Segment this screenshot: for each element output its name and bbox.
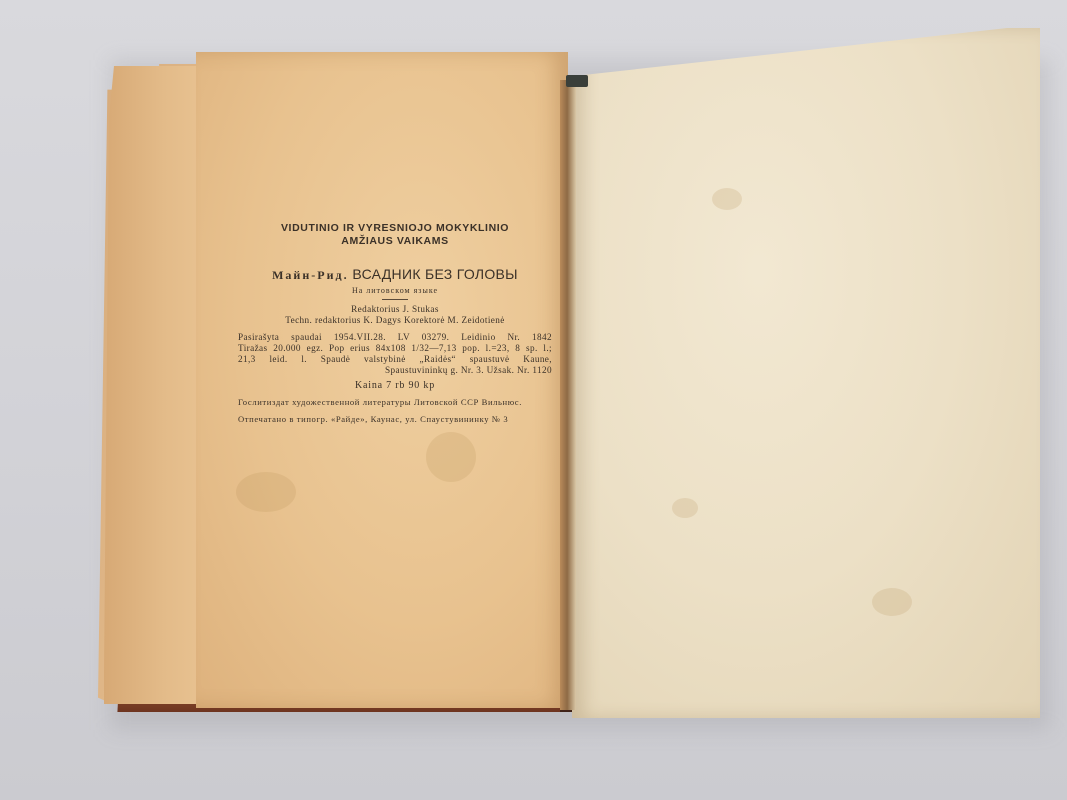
language-note: На литовском языке [238, 286, 552, 295]
page-stain [236, 472, 296, 512]
author-name: Майн-Рид. [272, 268, 348, 282]
book-title: ВСАДНИК БЕЗ ГОЛОВЫ [352, 266, 517, 282]
spine-headband [566, 75, 588, 87]
print-info-3: 21,3 leid. l. Spaudė valstybinė „Raidės“… [238, 354, 552, 365]
print-info-2: Tiražas 20.000 egz. Pop erius 84x108 1/3… [238, 343, 552, 354]
tech-editor-credit: Techn. redaktorius K. Dagys Korektorė M.… [238, 315, 552, 326]
right-page [572, 28, 1040, 718]
page-stain [712, 188, 742, 210]
colophon: VIDUTINIO IR VYRESNIOJO MOKYKLINIO AMŽIA… [238, 222, 552, 425]
publisher-line2: Отпечатано в типогр. «Райде», Каунас, ул… [238, 414, 552, 425]
book-gutter [560, 80, 576, 710]
editor-credit: Redaktorius J. Stukas [238, 304, 552, 315]
page-stain [872, 588, 912, 616]
publisher-line1: Гослитиздат художественной литературы Ли… [238, 397, 552, 408]
print-info-1: Pasirašyta spaudai 1954.VII.28. LV 03279… [238, 332, 552, 343]
age-group-line2: AMŽIAUS VAIKAMS [238, 235, 552, 248]
age-group-line1: VIDUTINIO IR VYRESNIOJO MOKYKLINIO [238, 222, 552, 235]
price: Kaina 7 rb 90 kp [238, 380, 552, 391]
page-stain [672, 498, 698, 518]
left-page-fore-edge [104, 66, 204, 704]
photo-scene: VIDUTINIO IR VYRESNIOJO MOKYKLINIO AMŽIA… [0, 0, 1067, 800]
page-stain [426, 432, 476, 482]
print-info-4: Spaustuvininkų g. Nr. 3. Užsak. Nr. 1120 [238, 365, 552, 376]
divider [382, 299, 408, 300]
book-title-line: Майн-Рид. ВСАДНИК БЕЗ ГОЛОВЫ [238, 266, 552, 284]
